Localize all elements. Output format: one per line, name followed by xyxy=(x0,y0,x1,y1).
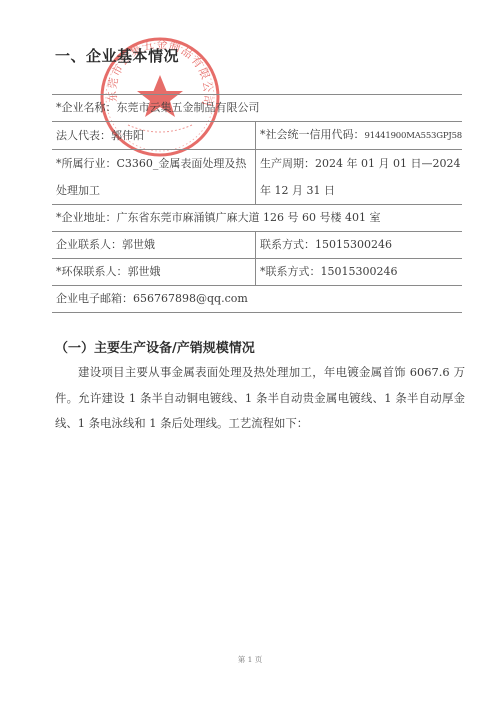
legal-rep-cell: 法人代表：郭伟阳 xyxy=(52,122,256,150)
company-info-table: *企业名称：东莞市云集五金制品有限公司 法人代表：郭伟阳 *社会统一信用代码：9… xyxy=(52,94,462,313)
industry-cell: *所属行业：C3360_金属表面处理及热处理加工 xyxy=(52,150,256,205)
document-page: 一、企业基本情况 东莞市云集五金制品有限公司 *企业名称：东莞市云集五金制品有限… xyxy=(0,0,500,707)
env-contact-phone-cell: *联系方式：15015300246 xyxy=(256,259,462,286)
email-cell: 企业电子邮箱：656767898@qq.com xyxy=(52,286,462,313)
table-row: 企业电子邮箱：656767898@qq.com xyxy=(52,286,462,313)
table-row: 企业联系人：郭世娥 联系方式：15015300246 xyxy=(52,232,462,259)
subsection-title: （一）主要生产设备/产销规模情况 xyxy=(55,337,255,356)
env-contact-person-cell: *环保联系人：郭世娥 xyxy=(52,259,256,286)
body-paragraph: 建设项目主要从事金属表面处理及热处理加工，年电镀金属首饰 6067.6 万件。允… xyxy=(55,360,465,437)
production-period-cell: 生产周期：2024 年 01 月 01 日—2024 年 12 月 31 日 xyxy=(256,150,462,205)
section-title: 一、企业基本情况 xyxy=(55,45,179,66)
table-row: *所属行业：C3360_金属表面处理及热处理加工 生产周期：2024 年 01 … xyxy=(52,150,462,205)
table-row: *环保联系人：郭世娥 *联系方式：15015300246 xyxy=(52,259,462,286)
contact-person-cell: 企业联系人：郭世娥 xyxy=(52,232,256,259)
credit-code-cell: *社会统一信用代码：91441900MA553GPJ58 xyxy=(256,122,462,150)
credit-code-label: *社会统一信用代码： xyxy=(260,128,365,141)
company-name-cell: *企业名称：东莞市云集五金制品有限公司 xyxy=(52,95,462,122)
contact-phone-cell: 联系方式：15015300246 xyxy=(256,232,462,259)
page-number: 第 1 页 xyxy=(0,654,500,665)
table-row: 法人代表：郭伟阳 *社会统一信用代码：91441900MA553GPJ58 xyxy=(52,122,462,150)
credit-code-value: 91441900MA553GPJ58 xyxy=(365,131,462,141)
table-row: *企业地址：广东省东莞市麻涌镇广麻大道 126 号 60 号楼 401 室 xyxy=(52,205,462,232)
address-cell: *企业地址：广东省东莞市麻涌镇广麻大道 126 号 60 号楼 401 室 xyxy=(52,205,462,232)
table-row: *企业名称：东莞市云集五金制品有限公司 xyxy=(52,95,462,122)
